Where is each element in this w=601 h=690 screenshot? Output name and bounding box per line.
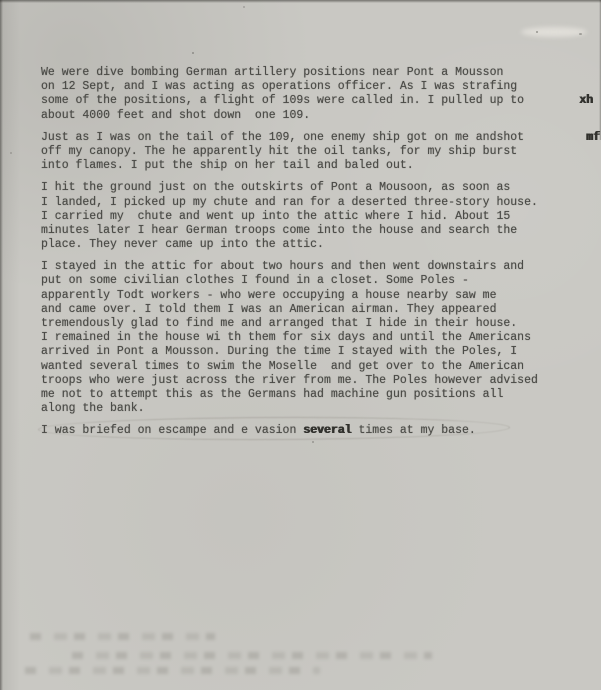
paper-speck <box>10 152 12 154</box>
typed-line: I stayed in the attic for about two hour… <box>41 260 601 274</box>
typed-text-segment: and came over. I told them I was an Amer… <box>41 303 496 316</box>
typed-text-segment: I landed, I picked up my chute and ran f… <box>41 196 538 209</box>
paper-speck <box>312 441 314 443</box>
typed-line: troops who were just across the river fr… <box>41 374 601 388</box>
typed-line: into flames. I put the ship on her tail … <box>41 159 601 173</box>
paper-speck <box>243 6 245 8</box>
erasure-smudge <box>521 27 587 37</box>
typed-text-segment: on 12 Sept, and I was acting as operatio… <box>41 80 517 93</box>
typed-line: about 4000 feet and shot down one 109. <box>41 109 601 123</box>
typed-line: apparently Todt workers - who were occup… <box>41 289 601 303</box>
typed-text-segment: minutes later I hear German troops come … <box>41 224 517 237</box>
paper-speck <box>536 31 538 33</box>
typed-text-segment: tremendously glad to find me and arrange… <box>41 317 517 330</box>
typed-text-segment: I carried my chute and went up into the … <box>41 210 510 223</box>
page-edge-shadow-top <box>0 0 601 3</box>
typed-line: along the bank. <box>41 402 601 416</box>
typed-text-segment: me not to attempt this as the Germans ha… <box>41 388 503 401</box>
typed-text-segment: put on some civilian clothes I found in … <box>41 274 469 287</box>
typed-line: place. They never came up into the attic… <box>41 238 601 252</box>
ghost-text-smudge <box>72 652 432 659</box>
typed-line: on 12 Sept, and I was acting as operatio… <box>41 80 601 94</box>
typed-text-segment: about 4000 feet and shot down one 109. <box>41 109 310 122</box>
typed-text-segment: I hit the ground just on the outskirts o… <box>41 181 510 194</box>
ghost-text-smudge <box>30 633 215 640</box>
overstrike-bold-text: mf <box>586 131 600 144</box>
typed-line: We were dive bombing German artillery po… <box>41 66 601 80</box>
typed-line: arrived in Pont a Mousson. During the ti… <box>41 345 601 359</box>
typed-text-segment: wanted several times to swim the Moselle… <box>41 360 524 373</box>
page-edge-shadow-left <box>0 0 3 690</box>
typed-line: off my canopy. The he apparently hit the… <box>41 145 601 159</box>
paper-speck <box>192 52 194 54</box>
typed-line: I carried my chute and went up into the … <box>41 210 601 224</box>
paragraph: Just as I was on the tail of the 109, on… <box>41 131 601 174</box>
paragraph: I stayed in the attic for about two hour… <box>41 260 601 416</box>
typed-text-segment: We were dive bombing German artillery po… <box>41 66 503 79</box>
typed-line: I hit the ground just on the outskirts o… <box>41 181 601 195</box>
ghost-text-smudge <box>25 667 320 674</box>
typed-text-segment: some of the positions, a flight of 109s … <box>41 94 579 107</box>
paper-speck <box>579 33 582 35</box>
document-page: We were dive bombing German artillery po… <box>0 0 601 690</box>
typed-text-segment: off my canopy. The he apparently hit the… <box>41 145 517 158</box>
typed-line: I remained in the house wi th them for s… <box>41 331 601 345</box>
typed-text-segment: I stayed in the attic for about two hour… <box>41 260 524 273</box>
typed-line: and came over. I told them I was an Amer… <box>41 303 601 317</box>
typed-text-block: We were dive bombing German artillery po… <box>41 66 601 447</box>
typed-line: wanted several times to swim the Moselle… <box>41 360 601 374</box>
paragraph: I hit the ground just on the outskirts o… <box>41 181 601 252</box>
typed-line: tremendously glad to find me and arrange… <box>41 317 601 331</box>
typed-text-segment: I remained in the house wi th them for s… <box>41 331 531 344</box>
typed-text-segment: into flames. I put the ship on her tail … <box>41 159 414 172</box>
typed-line: me not to attempt this as the Germans ha… <box>41 388 601 402</box>
typed-text-segment: along the bank. <box>41 402 145 415</box>
typed-text-segment: troops who were just across the river fr… <box>41 374 538 387</box>
typed-text-segment: apparently Todt workers - who were occup… <box>41 289 496 302</box>
typed-line: minutes later I hear German troops come … <box>41 224 601 238</box>
typed-text-segment: place. They never came up into the attic… <box>41 238 324 251</box>
paragraph: We were dive bombing German artillery po… <box>41 66 601 123</box>
typed-text-segment: arrived in Pont a Mousson. During the ti… <box>41 345 517 358</box>
overstrike-bold-text: xh <box>579 94 593 107</box>
typed-line: I landed, I picked up my chute and ran f… <box>41 196 601 210</box>
typed-line: put on some civilian clothes I found in … <box>41 274 601 288</box>
typed-line: Just as I was on the tail of the 109, on… <box>41 131 601 145</box>
typed-line: some of the positions, a flight of 109s … <box>41 94 601 108</box>
typed-text-segment: Just as I was on the tail of the 109, on… <box>41 131 586 144</box>
